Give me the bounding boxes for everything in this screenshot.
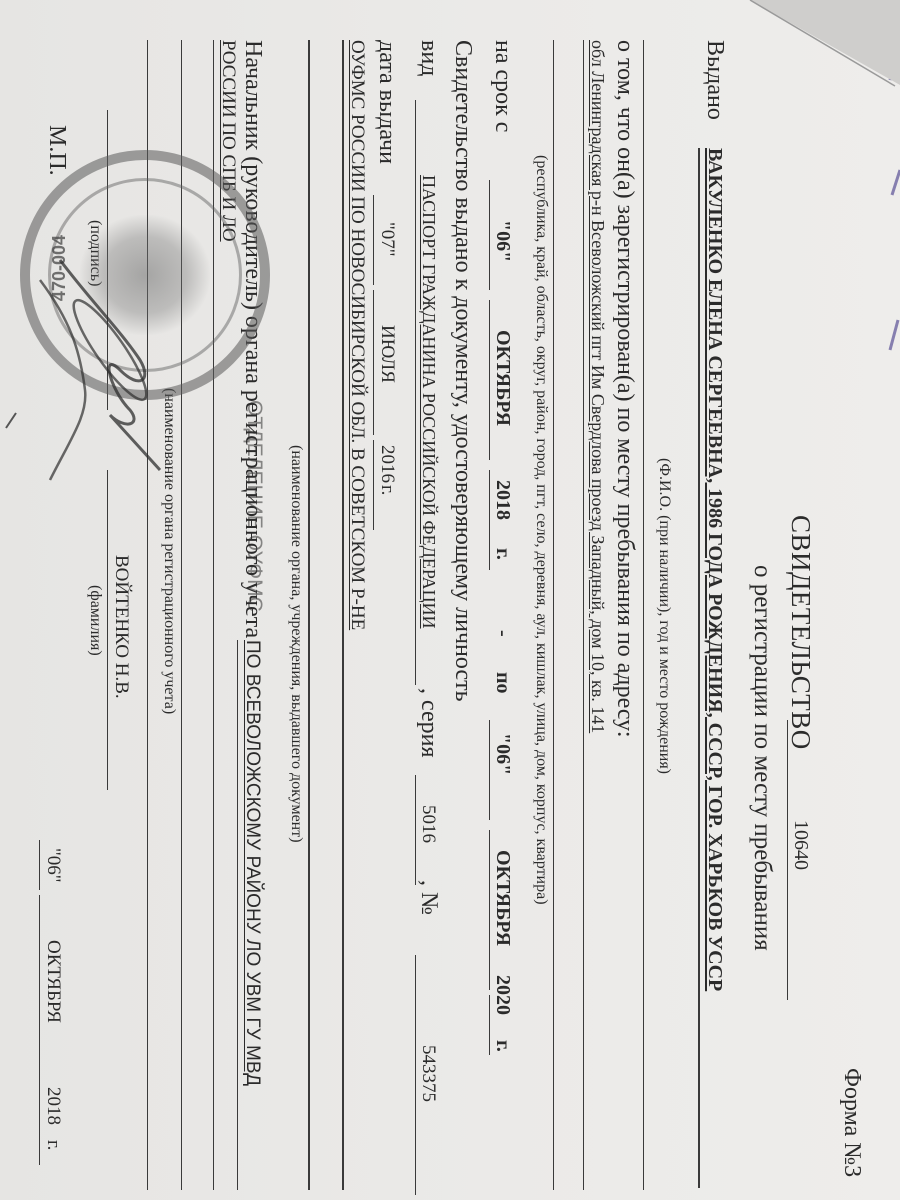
id-issuer-value: ОУФМС РОССИИ ПО НОВОСИБИРСКОЙ ОБЛ. В СОВ… xyxy=(346,40,368,630)
issued-to-caption: (Ф.И.О. (при наличии), год и место рожде… xyxy=(655,458,673,774)
term-to-year: 2020 xyxy=(491,975,514,1015)
date-month: ОКТЯБРЯ xyxy=(42,940,64,1023)
address-value: обл Ленинградская р-н Всеволожский пгт И… xyxy=(587,40,608,733)
date-year: 2018 xyxy=(42,1087,64,1125)
date-month-line xyxy=(39,895,40,1130)
date-day-line xyxy=(39,840,40,890)
head-overprint: ОТДЕЛЕНИЕ ОУФМС xyxy=(242,400,266,612)
form-number: Форма №3 xyxy=(838,1068,865,1177)
pen-dot xyxy=(0,408,20,448)
id-type-line xyxy=(415,100,416,685)
id-issue-day: "07" xyxy=(376,222,398,257)
term-from-year-suffix: г. xyxy=(491,548,514,560)
id-issue-month: ИЮЛЯ xyxy=(376,325,398,383)
date-day: "06" xyxy=(42,848,64,883)
date-year-line xyxy=(39,1125,40,1165)
term-from-day: "06" xyxy=(491,220,514,262)
term-from-year-line xyxy=(489,470,490,570)
issued-to-value: ВАКУЛЕНКО ЕЛЕНА СЕРГЕЕВНА, 1986 ГОДА РОЖ… xyxy=(703,148,726,991)
term-to-label: по xyxy=(491,672,514,694)
issued-to-line xyxy=(698,148,700,1188)
id-type-label: вид xyxy=(415,40,442,76)
document-title: СВИДЕТЕЛЬСТВО xyxy=(785,515,816,750)
address-line xyxy=(583,40,584,1190)
address-line-2 xyxy=(553,40,554,1190)
id-number-line xyxy=(415,955,416,1195)
id-number-value: 543375 xyxy=(417,1045,439,1102)
id-document-text: Свидетельство выдано к документу, удосто… xyxy=(449,40,476,702)
id-issuer-line xyxy=(342,40,344,1190)
seal-label: М.П. xyxy=(43,125,70,176)
id-issue-year-line xyxy=(373,440,374,530)
term-to-month-line xyxy=(489,830,490,990)
term-to-year-suffix: г. xyxy=(491,1040,514,1052)
id-issuer-caption: (наименование органа, учреждения, выдавш… xyxy=(287,445,305,843)
term-from-day-line xyxy=(489,180,490,290)
certificate-number-line xyxy=(787,720,788,1000)
registration-certificate-page: Форма №3 СВИДЕТЕЛЬСТВО 10640 о регистрац… xyxy=(0,0,900,1200)
head-surname-value: ВОЙТЕНКО Н.В. xyxy=(110,555,132,699)
surname-line xyxy=(107,470,108,790)
term-to-year-line xyxy=(489,995,490,1055)
id-issue-month-line xyxy=(373,290,374,435)
term-dash: - xyxy=(491,630,514,637)
id-series-value: 5016 xyxy=(417,805,439,843)
id-issuer-line-2 xyxy=(308,40,310,1190)
id-type-value: ПАСПОРТ ГРАЖДАНИНА РОССИЙСКОЙ ФЕДЕРАЦИИ xyxy=(418,175,439,629)
id-series-line xyxy=(415,775,416,885)
id-issue-date-label: дата выдачи xyxy=(373,40,400,164)
handwritten-signature xyxy=(30,240,180,500)
term-to-day-line xyxy=(489,720,490,820)
paper-fold xyxy=(700,0,900,90)
surname-caption: (фамилия) xyxy=(86,585,104,656)
term-from-label: на срок с xyxy=(489,40,516,132)
issued-to-line-2 xyxy=(643,40,644,1190)
date-year-suffix: г. xyxy=(42,1140,64,1150)
id-series-label: , серия xyxy=(415,688,442,757)
certificate-number: 10640 xyxy=(789,820,812,870)
id-issue-day-line xyxy=(373,195,374,285)
term-from-year: 2018 xyxy=(491,480,514,520)
id-number-label: , № xyxy=(415,880,442,915)
term-to-month: ОКТЯБРЯ xyxy=(491,850,514,946)
id-issue-year: 2016 xyxy=(376,445,398,483)
registered-text: о том, что он(а) зарегистрирован(а) по м… xyxy=(611,40,638,738)
head-organ-line xyxy=(237,640,238,1190)
head-organ-value-line1: ПО ВСЕВОЛОЖСКОМУ РАЙОНУ ЛО УВМ ГУ МВД xyxy=(241,640,263,1086)
term-from-month: ОКТЯБРЯ xyxy=(491,330,514,426)
term-to-day: "06" xyxy=(491,733,514,775)
address-caption: (республика, край, область, округ, район… xyxy=(532,155,550,905)
id-issue-year-suffix: г. xyxy=(376,485,398,495)
term-from-month-line xyxy=(489,300,490,460)
document-subtitle: о регистрации по месту пребывания xyxy=(748,565,776,951)
